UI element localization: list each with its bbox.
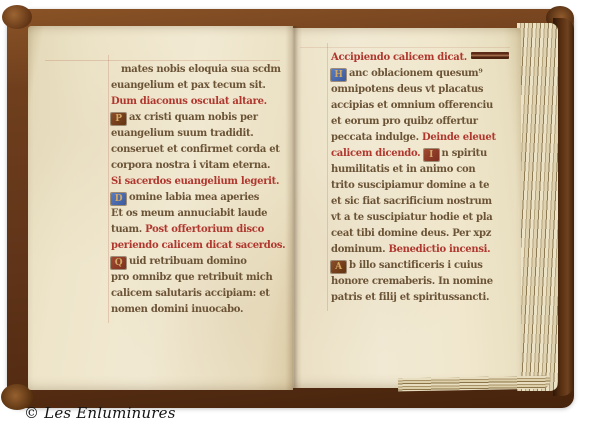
manuscript-line: Pax cristi quam nobis per <box>111 110 285 126</box>
manuscript-line: et sic fiat sacrificium nostrum <box>331 194 509 210</box>
body-text: corpora nostra i vitam eterna. <box>111 160 270 171</box>
manuscript-line: Ab illo sanctificeris i cuius <box>331 258 509 274</box>
body-text: calicem salutaris accipiam: et <box>111 288 270 299</box>
manuscript-line: Dum diaconus osculat altare. <box>111 94 285 110</box>
illuminated-initial-i: I <box>424 149 439 161</box>
illuminated-initial-d: D <box>111 193 126 205</box>
manuscript-line: calicem dicendo. In spiritu <box>331 146 509 162</box>
body-text: accipias et omnium offerenciu <box>331 100 493 111</box>
manuscript-line: peccata indulge. Deinde eleuet <box>331 130 509 146</box>
manuscript-line: honore cremaberis. In nomine <box>331 274 509 290</box>
illuminated-initial-h: H <box>331 69 346 81</box>
manuscript-line: Domine labia mea aperies <box>111 190 285 206</box>
manuscript-line: euangelium et pax tecum sit. <box>111 78 285 94</box>
manuscript-line: euangelium suum tradidit. <box>111 126 285 142</box>
illuminated-initial-a: A <box>331 261 346 273</box>
body-text: nomen domini inuocabo. <box>111 304 243 315</box>
manuscript-line: Si sacerdos euangelium legerit. <box>111 174 285 190</box>
body-text: uid retribuam domino <box>129 256 247 267</box>
manuscript-line: corpora nostra i vitam eterna. <box>111 158 285 174</box>
right-page-text: Accipiendo calicem dicat.Hanc oblacionem… <box>331 50 509 306</box>
ruling-line <box>108 55 109 323</box>
body-text: omine labia mea aperies <box>129 192 259 203</box>
body-text: peccata indulge. <box>331 132 422 143</box>
manuscript-line: Accipiendo calicem dicat. <box>331 50 509 66</box>
ruling-line <box>45 60 280 61</box>
body-text: b illo sanctificeris i cuius <box>349 260 483 271</box>
body-text: ax cristi quam nobis per <box>129 112 258 123</box>
body-text: conseruet et confirmet corda et <box>111 144 280 155</box>
illuminated-initial-q: Q <box>111 257 126 269</box>
body-text: pro omnibz que retribuit mich <box>111 272 273 283</box>
body-text: trito suscipiamur domine a te <box>331 180 489 191</box>
manuscript-line: dominum. Benedictio incensi. <box>331 242 509 258</box>
manuscript-line: vt a te suscipiatur hodie et pla <box>331 210 509 226</box>
manuscript-line: trito suscipiamur domine a te <box>331 178 509 194</box>
body-text: mates nobis eloquia sua scdm <box>121 64 281 75</box>
manuscript-line: mates nobis eloquia sua scdm <box>111 62 285 78</box>
manuscript-line: et eorum pro quibz offertur <box>331 114 509 130</box>
body-text: vt a te suscipiatur hodie et pla <box>331 212 492 223</box>
rubric-text: periendo calicem dicat sacerdos. <box>111 240 285 251</box>
body-text: euangelium et pax tecum sit. <box>111 80 266 91</box>
body-text: omnipotens deus vt placatus <box>331 84 483 95</box>
left-page-text: mates nobis eloquia sua scdmeuangelium e… <box>111 62 285 318</box>
manuscript-line: Quid retribuam domino <box>111 254 285 270</box>
manuscript-line: patris et filij et spiritussancti. <box>331 290 509 306</box>
body-text: humilitatis et in animo con <box>331 164 475 175</box>
line-filler-ornament <box>471 52 509 59</box>
body-text: et sic fiat sacrificium nostrum <box>331 196 492 207</box>
body-text: dominum. <box>331 244 388 255</box>
page-edges-bottom <box>398 376 550 392</box>
body-text: euangelium suum tradidit. <box>111 128 253 139</box>
rubric-text: Si sacerdos euangelium legerit. <box>111 176 279 187</box>
manuscript-line: tuam. Post offertorium disco <box>111 222 285 238</box>
page-edges-fore-edge <box>517 23 558 391</box>
manuscript-line: omnipotens deus vt placatus <box>331 82 509 98</box>
manuscript-line: pro omnibz que retribuit mich <box>111 270 285 286</box>
manuscript-line: humilitatis et in animo con <box>331 162 509 178</box>
gutter-shadow <box>285 26 302 390</box>
manuscript-line: nomen domini inuocabo. <box>111 302 285 318</box>
manuscript-line: Et os meum annuciabit laude <box>111 206 285 222</box>
manuscript-line: accipias et omnium offerenciu <box>331 98 509 114</box>
rubric-text: Post offertorium disco <box>145 224 264 235</box>
body-text: Et os meum annuciabit laude <box>111 208 267 219</box>
rubric-text: Accipiendo calicem dicat. <box>331 52 467 63</box>
body-text: patris et filij et spiritussancti. <box>331 292 489 303</box>
manuscript-line: calicem salutaris accipiam: et <box>111 286 285 302</box>
manuscript-line: conseruet et confirmet corda et <box>111 142 285 158</box>
body-text: n spiritu <box>442 148 487 159</box>
body-text: ceat tibi domine deus. Per xpz <box>331 228 491 239</box>
copyright-notice: © Les Enluminures <box>24 404 176 422</box>
rubric-text: calicem dicendo. <box>331 148 424 159</box>
manuscript-line: periendo calicem dicat sacerdos. <box>111 238 285 254</box>
ruling-line <box>300 47 510 48</box>
rubric-text: Benedictio incensi. <box>388 244 490 255</box>
manuscript-line: Hanc oblacionem quesum⁹ <box>331 66 509 82</box>
manuscript-line: ceat tibi domine deus. Per xpz <box>331 226 509 242</box>
body-text: honore cremaberis. In nomine <box>331 276 493 287</box>
body-text: anc oblacionem quesum⁹ <box>349 68 482 79</box>
rubric-text: Dum diaconus osculat altare. <box>111 96 267 107</box>
rubric-text: Deinde eleuet <box>422 132 496 143</box>
ruling-line <box>327 43 328 311</box>
body-text: tuam. <box>111 224 145 235</box>
manuscript-photo: mates nobis eloquia sua scdmeuangelium e… <box>0 0 600 430</box>
body-text: et eorum pro quibz offertur <box>331 116 478 127</box>
illuminated-initial-p: P <box>111 113 126 125</box>
